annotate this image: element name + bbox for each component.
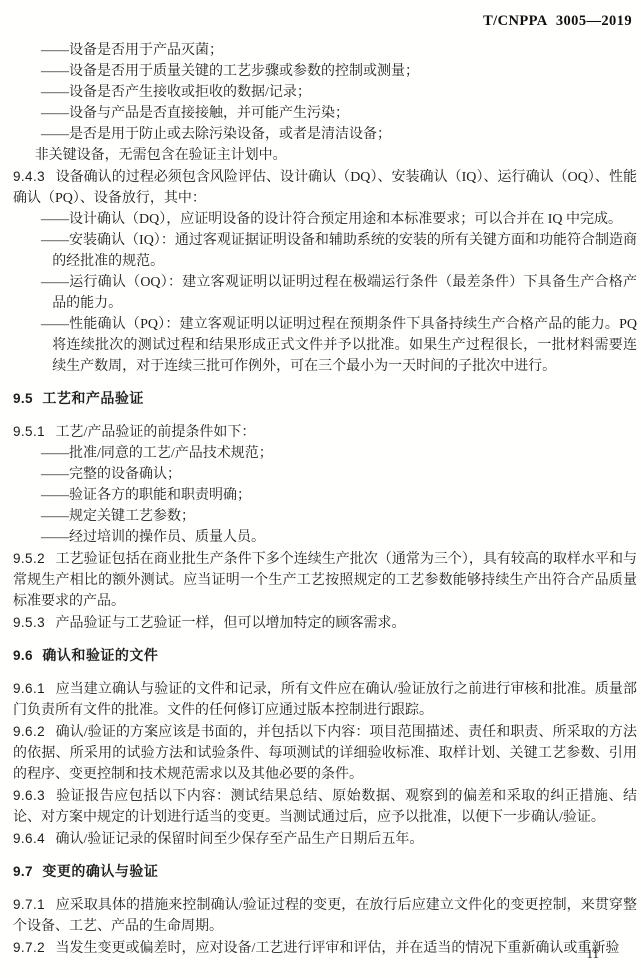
clause-9.7.1: 9.7.1应采取具体的措施来控制确认/验证过程的变更，在放行后应建立文件化的变更… [13, 894, 637, 937]
document-page: T/CNPPA 3005—2019 ——设备是否用于产品灭菌；——设备是否用于质… [0, 0, 641, 978]
clause-text: 验证报告应包括以下内容：测试结果总结、原始数据、观察到的偏差和采取的纠正措施、结… [13, 789, 637, 825]
clause-text: 确认/验证记录的保留时间至少保存至产品生产日期后五年。 [56, 832, 424, 847]
paragraph-note: 非关键设备，无需包含在验证主计划中。 [13, 145, 637, 166]
clause-text: 设备确认的过程必须包含风险评估、设计确认（DQ）、安装确认（IQ）、运行确认（O… [13, 170, 637, 206]
list-item-dash: ——规定关键工艺参数； [13, 506, 637, 527]
clause-text: 确认/验证的方案应该是书面的，并包括以下内容：项目范围描述、责任和职责、所采取的… [13, 725, 637, 782]
clause-9.4.3: 9.4.3设备确认的过程必须包含风险评估、设计确认（DQ）、安装确认（IQ）、运… [13, 166, 637, 209]
list-item-dash: ——批准/同意的工艺/产品技术规范； [13, 443, 637, 464]
clause-number: 9.6.3 [13, 788, 45, 803]
clause-number: 9.6 [13, 648, 33, 663]
list-item-dash: ——安装确认（IQ）：通过客观证据证明设备和辅助系统的安装的所有关键方面和功能符… [13, 230, 637, 272]
list-item-dash: ——是否是用于防止或去除污染设备，或者是清洁设备； [13, 124, 637, 145]
list-item-dash: ——验证各方的职能和职责明确； [13, 485, 637, 506]
clause-text: 应当建立确认与验证的文件和记录，所有文件应在确认/验证放行之前进行审核和批准。质… [13, 682, 637, 718]
clause-text: 工艺/产品验证的前提条件如下： [56, 425, 256, 440]
list-item-dash: ——运行确认（OQ）：建立客观证明以证明过程在极端运行条件（最差条件）下具备生产… [13, 272, 637, 314]
clause-text: 应采取具体的措施来控制确认/验证过程的变更，在放行后应建立文件化的变更控制，来贯… [13, 898, 637, 934]
clause-9.5.3: 9.5.3产品验证与工艺验证一样，但可以增加特定的顾客需求。 [13, 612, 637, 634]
page-number: 11 [586, 946, 599, 962]
clause-number: 9.6.2 [13, 724, 45, 739]
list-item-dash: ——设备与产品是否直接接触，并可能产生污染； [13, 103, 637, 124]
clause-text: 工艺和产品验证 [42, 390, 144, 406]
clause-text: 产品验证与工艺验证一样，但可以增加特定的顾客需求。 [56, 616, 406, 631]
list-item-dash: ——设备是否用于产品灭菌； [13, 40, 637, 61]
clause-number: 9.7.1 [13, 897, 45, 912]
clause-text: 当发生变更或偏差时，应对设备/工艺进行评审和评估，并在适当的情况下重新确认或重新… [56, 941, 620, 956]
clause-number: 9.6.1 [13, 681, 45, 696]
document-standard-number: T/CNPPA 3005—2019 [483, 13, 632, 30]
clause-number: 9.4.3 [13, 169, 45, 184]
clause-number: 9.7.2 [13, 940, 45, 955]
document-content: ——设备是否用于产品灭菌；——设备是否用于质量关键的工艺步骤或参数的控制或测量；… [13, 40, 637, 959]
list-item-dash: ——完整的设备确认； [13, 464, 637, 485]
clause-9.5.2: 9.5.2工艺验证包括在商业批生产条件下多个连续生产批次（通常为三个），具有较高… [13, 548, 637, 612]
section-heading-9.6: 9.6确认和验证的文件 [13, 645, 637, 666]
clause-text: 变更的确认与验证 [42, 863, 158, 879]
clause-text: 工艺验证包括在商业批生产条件下多个连续生产批次（通常为三个），具有较高的取样水平… [13, 552, 637, 609]
clause-9.6.1: 9.6.1应当建立确认与验证的文件和记录，所有文件应在确认/验证放行之前进行审核… [13, 678, 637, 721]
clause-number: 9.5 [13, 391, 33, 406]
list-item-dash: ——性能确认（PQ）：建立客观证明以证明过程在预期条件下具备持续生产合格产品的能… [13, 314, 637, 377]
clause-9.6.2: 9.6.2确认/验证的方案应该是书面的，并包括以下内容：项目范围描述、责任和职责… [13, 721, 637, 785]
clause-text: 确认和验证的文件 [42, 647, 158, 663]
list-item-dash: ——设备是否产生接收或拒收的数据/记录； [13, 82, 637, 103]
list-item-dash: ——经过培训的操作员、质量人员。 [13, 527, 637, 548]
clause-number: 9.5.3 [13, 615, 45, 630]
clause-9.5.1: 9.5.1工艺/产品验证的前提条件如下： [13, 421, 637, 443]
section-heading-9.5: 9.5工艺和产品验证 [13, 388, 637, 409]
clause-number: 9.5.2 [13, 551, 45, 566]
clause-9.7.2: 9.7.2当发生变更或偏差时，应对设备/工艺进行评审和评估，并在适当的情况下重新… [13, 937, 637, 959]
section-heading-9.7: 9.7变更的确认与验证 [13, 861, 637, 882]
clause-9.6.4: 9.6.4确认/验证记录的保留时间至少保存至产品生产日期后五年。 [13, 828, 637, 850]
clause-9.6.3: 9.6.3验证报告应包括以下内容：测试结果总结、原始数据、观察到的偏差和采取的纠… [13, 785, 637, 828]
clause-number: 9.5.1 [13, 424, 45, 439]
clause-number: 9.7 [13, 864, 33, 879]
list-item-dash: ——设备是否用于质量关键的工艺步骤或参数的控制或测量； [13, 61, 637, 82]
clause-number: 9.6.4 [13, 831, 45, 846]
list-item-dash: ——设计确认（DQ），应证明设备的设计符合预定用途和本标准要求；可以合并在 IQ… [13, 209, 637, 230]
